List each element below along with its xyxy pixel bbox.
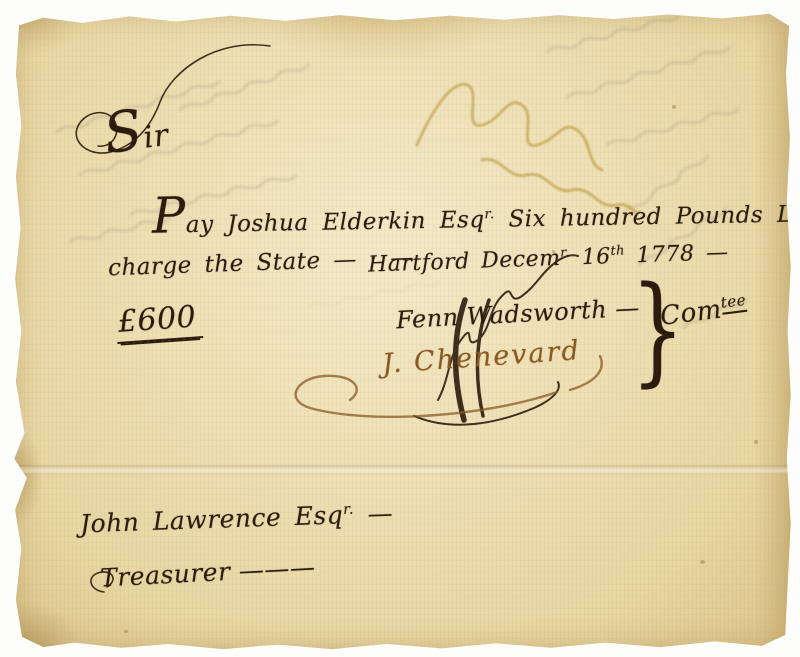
addressee-name: John Lawrence Esq — [80, 500, 344, 538]
pay-order-line-1-main: Pay Joshua Elderkin Esq — [152, 207, 485, 239]
pay-order-line-1-amount-words: Six hundred Pounds L M — and — [495, 199, 800, 233]
horizontal-fold-crease — [12, 465, 793, 475]
right-edge-stain — [753, 10, 793, 651]
ink-speck — [700, 560, 705, 564]
salutation: Sir — [100, 94, 172, 167]
dateline-day: 16 — [570, 244, 611, 270]
manuscript-paper-sheet: Sir Pay Joshua Elderkin Esqr. Six hundre… — [12, 10, 793, 651]
bottom-left-corner-stain — [12, 600, 82, 655]
addressee-name-line: John Lawrence Esqr. — — [80, 499, 394, 539]
ink-speck — [754, 440, 758, 444]
scanned-manuscript-stage: Sir Pay Joshua Elderkin Esqr. Six hundre… — [0, 0, 800, 657]
committee-superscript: tee — [720, 291, 748, 315]
addressee-name-dash: — — [354, 499, 394, 529]
signature-fenn-wadsworth: Fenn Wadsworth — — [395, 294, 640, 335]
bleedthrough-yellow-signature — [417, 84, 640, 212]
ink-speck — [672, 105, 676, 109]
committee-abbreviation-main: Com — [659, 295, 724, 332]
day-ordinal-superscript: th — [610, 243, 625, 258]
top-left-corner-stain — [12, 10, 82, 55]
left-edge-damage-stain — [12, 430, 42, 525]
ink-speck — [124, 630, 128, 633]
signature-j-chenevard: J. Chenevard — [381, 335, 582, 380]
dateline-place-month: Hartford Decem — [368, 246, 561, 278]
esquire-superscript: r. — [484, 207, 494, 222]
pay-order-line-1: Pay Joshua Elderkin Esqr. Six hundred Po… — [152, 193, 800, 239]
amount-figure: £600 — [115, 299, 204, 344]
top-edge-stain — [252, 10, 512, 65]
addressee-title: Treasurer ——— — [99, 552, 316, 592]
